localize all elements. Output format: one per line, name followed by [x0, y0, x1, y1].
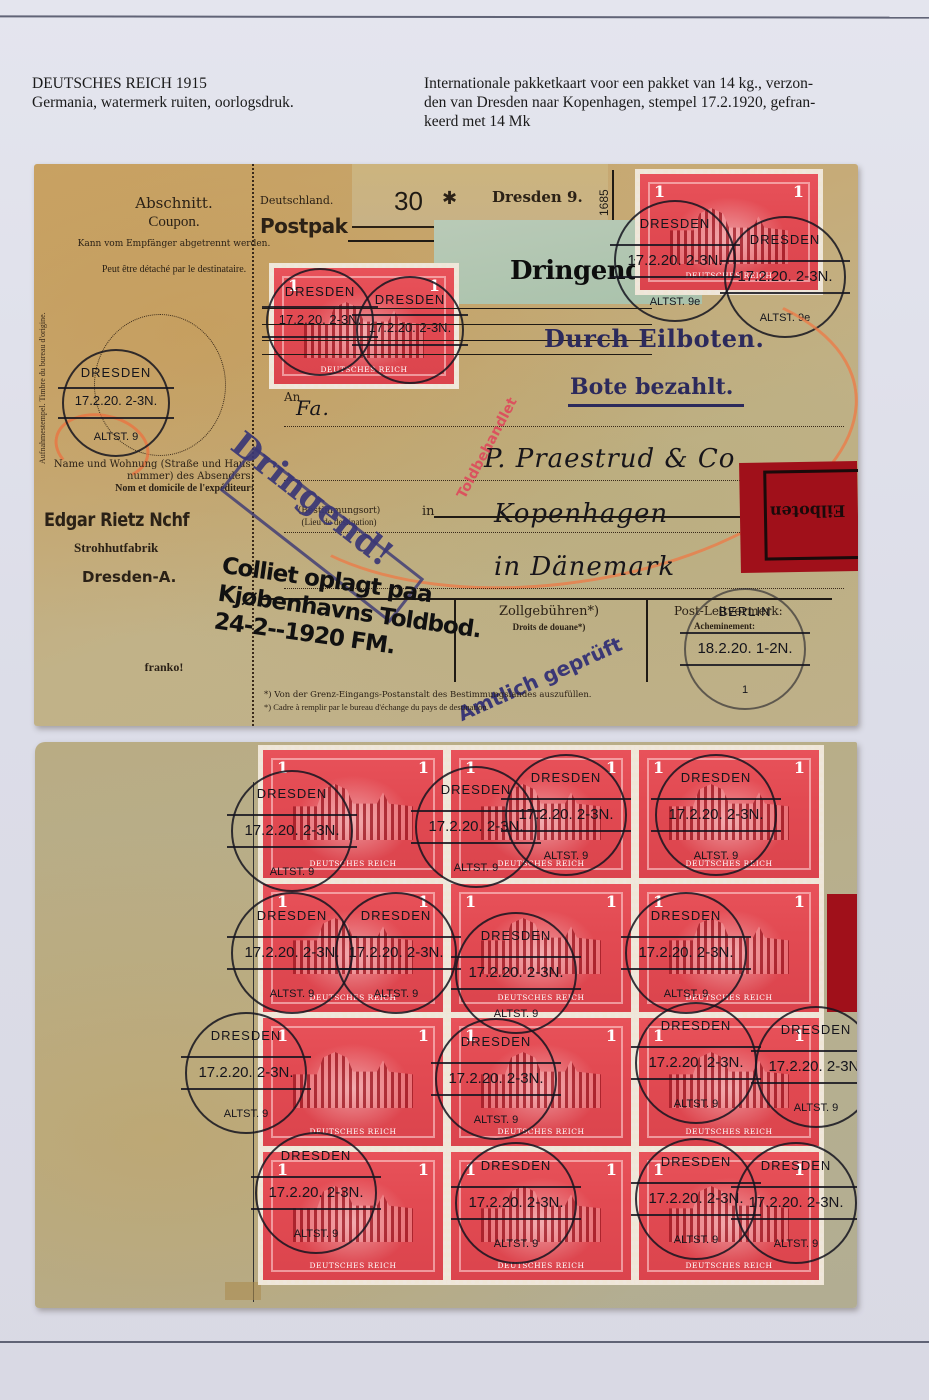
- caption-description-line2: den van Dresden naar Kopenhagen, stempel…: [424, 93, 914, 112]
- origin-stamp-label: Aufnahmestempel. Timbre du bureau d'orig…: [38, 364, 47, 464]
- header-rule: [348, 240, 438, 242]
- postmark: DRESDEN17.2.20. 2-3N.ALTST. 9: [435, 1018, 557, 1140]
- address-city: Kopenhagen: [494, 499, 668, 529]
- coupon-note-de: Kann vom Empfänger abgetrennt werden.: [74, 238, 274, 250]
- franko-note: franko!: [114, 660, 214, 675]
- postmark: DRESDEN17.2.20. 2-3N.ALTST. 9: [635, 1002, 757, 1124]
- postmark: DRESDEN17.2.20. 2-3N.ALTST. 9: [655, 754, 777, 876]
- footnote-de: *) Von der Grenz-Eingangs-Postanstalt de…: [264, 690, 824, 700]
- address-country: in Dänemark: [494, 552, 675, 582]
- hinge-tape: [225, 1282, 261, 1300]
- address-recipient: P. Praestrud & Co: [484, 444, 735, 474]
- footnote-fr: *) Cadre à remplir par le bureau d'échan…: [264, 702, 824, 712]
- postmark: DRESDEN17.2.20. 2-3N.ALTST. 9: [255, 1132, 377, 1254]
- express-label-edge: [827, 894, 857, 1012]
- caption-right: Internationale pakketkaart voor een pakk…: [424, 74, 914, 131]
- column-divider: [646, 598, 648, 682]
- postmark: DRESDEN 17.2.20. 2-3N. ALTST. 9: [62, 349, 170, 457]
- postmark: DRESDEN17.2.20. 2-3N.ALTST. 9: [625, 892, 747, 1014]
- postmark: DRESDEN17.2.20. 2-3N.ALTST. 9: [735, 1142, 857, 1264]
- customs-fees-label-fr: Droits de douane*): [474, 622, 624, 632]
- header-divider: [612, 170, 614, 222]
- postmark: DRESDEN17.2.20. 2-3N.ALTST. 9: [231, 770, 353, 892]
- coupon-note-fr: Peut être détaché par le destinataire.: [74, 264, 274, 276]
- postmark: DRESDEN17.2.20. 2-3N.ALTST. 9: [505, 754, 627, 876]
- side-number: 1685: [597, 189, 611, 216]
- customs-fees-label: Zollgebühren*): [474, 604, 624, 619]
- postmark: DRESDEN17.2.20. 2-3N.ALTST. 9: [455, 912, 577, 1034]
- address-line: [284, 426, 844, 427]
- postmark: DRESDEN17.2.20. 2-3N.ALTST. 9: [455, 1142, 577, 1264]
- in-label: in: [422, 504, 435, 519]
- caption-title: DEUTSCHES REICH 1915: [32, 74, 392, 93]
- page-bottom-rule: [0, 1341, 929, 1343]
- caption-description-line3: keerd met 14 Mk: [424, 112, 914, 131]
- sender-name: Edgar Rietz Nchf: [44, 509, 240, 531]
- caption-subtitle: Germania, watermerk ruiten, oorlogsdruk.: [32, 93, 392, 112]
- address-company-prefix: Fa.: [296, 396, 330, 420]
- country-label: Deutschland.: [260, 194, 333, 207]
- caption-description-line1: Internationale pakketkaart voor een pakk…: [424, 74, 914, 93]
- caption-left: DEUTSCHES REICH 1915 Germania, watermerk…: [32, 74, 392, 112]
- sender-business: Strohhutfabrik: [74, 540, 274, 556]
- express-delivery-label: Eilboten: [739, 461, 858, 573]
- card-type: Postpak: [260, 214, 347, 238]
- postmark: DRESDEN17.2.20. 2-3N.ALTST. 9: [755, 1006, 857, 1128]
- star-mark: ✱: [442, 188, 457, 209]
- postmark: DRESDEN17.2.20. 2-3N.ALTST. 9: [185, 1012, 307, 1134]
- coupon-title: Abschnitt.: [94, 194, 254, 212]
- parcel-number: 30: [394, 186, 423, 217]
- parcel-card-front: Abschnitt. Coupon. Kann vom Empfänger ab…: [34, 164, 858, 726]
- postmark: DRESDEN17.2.20. 2-3N.ALTST. 9: [335, 892, 457, 1014]
- origin-office: Dresden 9.: [492, 188, 583, 206]
- coupon-subtitle: Coupon.: [94, 214, 254, 231]
- parcel-card-back: 11DEUTSCHES REICH11DEUTSCHES REICH11DEUT…: [35, 742, 857, 1308]
